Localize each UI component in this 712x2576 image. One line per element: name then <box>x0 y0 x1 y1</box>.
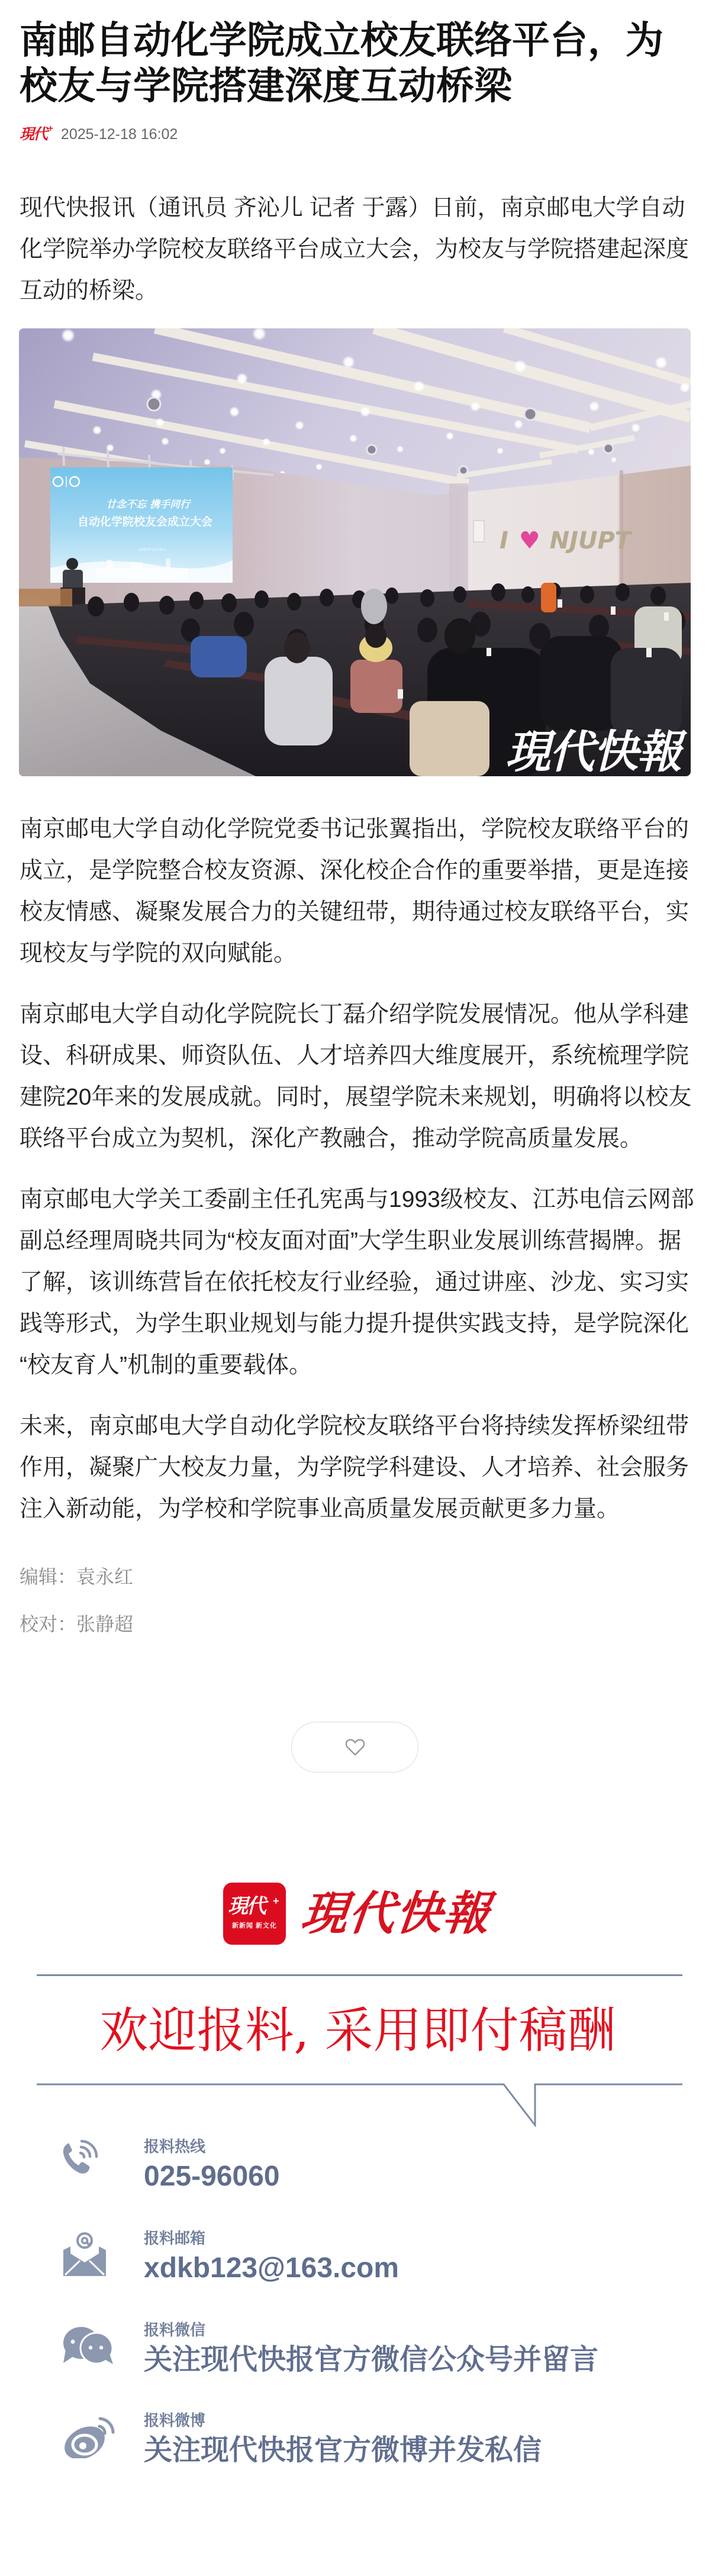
photo-watermark: 現代快報 <box>505 725 688 776</box>
source-logo: 現代 <box>20 125 47 143</box>
contact-label: 报料邮箱 <box>144 2228 205 2248</box>
badge-plus: + <box>273 1896 279 1906</box>
conference-photo: I ♥ NJUPT 廿念不忘 携手同行 自动化学院校友会成立大会 <box>19 328 691 776</box>
contact-email: 报料邮箱 xdkb123@163.com <box>0 2228 712 2299</box>
email-address: xdkb123@163.com <box>144 2251 399 2286</box>
phone-icon <box>62 2140 100 2175</box>
article-meta: 現代 + 2025-12-18 16:02 <box>20 122 712 146</box>
tip-off-banner: 欢迎报料, 采用即付稿酬 <box>0 1974 712 2125</box>
weibo-instruction: 关注现代快报官方微博并发私信 <box>144 2433 542 2468</box>
badge-title: 現代 <box>228 1894 265 1918</box>
like-button[interactable] <box>291 1722 418 1773</box>
svg-text:I ♥ NJUPT: I ♥ NJUPT <box>500 527 633 554</box>
paragraph: 南京邮电大学自动化学院院长丁磊介绍学院发展情况。他从学科建设、科研成果、师资队伍… <box>20 994 695 1160</box>
article: 南邮自动化学院成立校友联络平台，为校友与学院搭建深度互动桥梁 現代 + 2025… <box>0 0 712 1638</box>
contact-list: 报料热线 025-96060 报料邮箱 xdkb123@163.com 报料微信… <box>0 2130 712 2485</box>
paragraph: 未来，南京邮电大学自动化学院校友联络平台将持续发挥桥梁纽带作用，凝聚广大校友力量… <box>20 1406 695 1530</box>
brand-badge: 現代 + 新新闻 新文化 <box>223 1883 286 1945</box>
hotline-number: 025-96060 <box>144 2159 280 2194</box>
publish-datetime: 2025-12-18 16:02 <box>61 126 178 143</box>
screen-title: 自动化学院校友会成立大会 <box>78 515 212 528</box>
heart-outline-icon <box>345 1738 365 1756</box>
wall-sign: I ♥ NJUPT <box>500 527 633 554</box>
banner-headline: 欢迎报料, 采用即付稿酬 <box>0 2002 712 2061</box>
contact-label: 报料微博 <box>144 2410 205 2430</box>
contact-wechat: 报料微信 关注现代快报官方微信公众号并留言 <box>0 2320 712 2391</box>
contact-weibo: 报料微博 关注现代快报官方微博并发私信 <box>0 2410 712 2481</box>
screen-slogan: 廿念不忘 携手同行 <box>106 499 192 511</box>
email-icon <box>62 2231 107 2276</box>
paragraph: 现代快报讯（通讯员 齐沁儿 记者 于露）日前，南京邮电大学自动化学院举办学院校友… <box>20 188 695 312</box>
article-title: 南邮自动化学院成立校友联络平台，为校友与学院搭建深度互动桥梁 <box>20 18 695 109</box>
proofreader-credit: 校对：张静超 <box>20 1610 712 1638</box>
weibo-icon <box>62 2416 117 2458</box>
wechat-icon <box>62 2326 114 2364</box>
contact-hotline: 报料热线 025-96060 <box>0 2136 712 2207</box>
contact-label: 报料微信 <box>144 2320 205 2340</box>
paragraph: 南京邮电大学关工委副主任孔宪禹与1993级校友、江苏电信云网部副总经理周晓共同为… <box>20 1179 695 1386</box>
paragraph: 南京邮电大学自动化学院党委书记张翼指出，学院校友联络平台的成立，是学院整合校友资… <box>20 809 695 974</box>
screen-date: 2025年12月6日 <box>139 547 166 552</box>
like-area <box>0 1722 712 1773</box>
wechat-instruction: 关注现代快报官方微信公众号并留言 <box>144 2342 598 2378</box>
source-logo-plus: + <box>47 124 54 133</box>
article-photo: I ♥ NJUPT 廿念不忘 携手同行 自动化学院校友会成立大会 <box>19 328 691 776</box>
brand-wordmark: 現代快報 <box>298 1887 493 1941</box>
editor-credit: 编辑：袁永红 <box>20 1563 712 1591</box>
contact-label: 报料热线 <box>144 2136 205 2157</box>
badge-tagline: 新新闻 新文化 <box>223 1922 286 1930</box>
footer-brand: 現代 + 新新闻 新文化 現代快報 <box>0 1883 712 1945</box>
